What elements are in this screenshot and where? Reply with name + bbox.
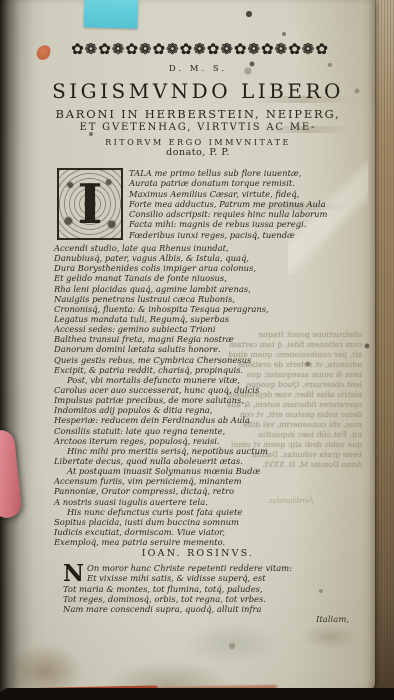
text-line: Carolus acer auo successerat, hunc quoq́… bbox=[54, 385, 369, 395]
dedication-abbreviation: D. M. S. bbox=[40, 64, 356, 74]
ornament-band: ✿❁✿❁✿❁✿❁✿❁✿❁✿❁✿❁✿❁✿ bbox=[46, 40, 354, 60]
text-line: Crononisq́, fluenta: & inhospita Tesqua … bbox=[54, 304, 369, 314]
title-line-1: SIGISMVNDO LIBERO bbox=[40, 79, 356, 103]
text-line: Arctoos iterum reges, populosq́, reuisi. bbox=[54, 436, 369, 446]
text-line: Dura Borysthenides colis impiger arua co… bbox=[54, 263, 369, 273]
text-line: TALA me primo tellus sub flore iuuentæ, bbox=[129, 168, 365, 178]
text-line: Tot reges, dominosq́, orbis, tot regna, … bbox=[63, 594, 323, 604]
title-line-2: BARONI IN HERBERSTEIN, NEIPERG, bbox=[40, 107, 356, 121]
book-photo: obstructione possit Itaquecum rationem f… bbox=[0, 0, 394, 700]
text-line: Accessi sedes: gemino subiecta Trioni bbox=[54, 324, 369, 334]
text-line: Accendi studio, late qua Rhenus inundat, bbox=[54, 243, 369, 253]
poem-body: Accendi studio, late qua Rhenus inundat,… bbox=[54, 243, 369, 547]
text-line: A nostris suasi iugulis auertere tela. bbox=[54, 497, 369, 507]
text-line: Hesperiæ: reducem dein Ferdinandus ab Au… bbox=[54, 415, 369, 425]
text-line: Iudicis excutiat, dormiscam. Viue viator… bbox=[54, 527, 369, 537]
text-line: Et vixisse mihi satis, & vidisse superq́… bbox=[63, 573, 323, 583]
text-line: Queis gestis rebus, me Cymbrica Chersone… bbox=[54, 355, 369, 365]
title-line-5: donato, P. P. bbox=[40, 147, 356, 158]
text-line: At postquam inuasit Solymanus mœnia Budæ bbox=[54, 466, 369, 476]
text-line: Et gelido manat Tanais de fonte niuosus, bbox=[54, 273, 369, 283]
text-line: Impulsus patriæ precibus, de more saluta… bbox=[54, 395, 369, 405]
text-line: Accensum furiis, vim perniciemq́, minant… bbox=[54, 476, 369, 486]
text-line: Forte mea adductus, Patrum me protinus A… bbox=[129, 199, 365, 209]
text-line: Hinc mihi pro meritis serisq́, nepotibus… bbox=[54, 446, 369, 456]
text-line: Nauigiis penetrans lustraui cæca Rubonis… bbox=[54, 294, 369, 304]
text-line: His nunc defunctus curis post fata quiet… bbox=[54, 507, 369, 517]
table-shadow bbox=[0, 688, 394, 700]
text-line: Pannoniæ, Orator compressi, dictaq́, ret… bbox=[54, 486, 369, 496]
second-poem-lines: On moror hanc Christe repetenti reddere … bbox=[63, 563, 323, 614]
catchword: Italiam, bbox=[316, 615, 349, 625]
sticky-note bbox=[84, 0, 139, 29]
text-line: Rha leni placidas quaq́, agmine lambit a… bbox=[54, 284, 369, 294]
author-attribution: IOAN. ROSINVS. bbox=[40, 548, 356, 559]
text-line: Excipit, & patria reddit, charisq́, prop… bbox=[54, 365, 369, 375]
text-line: Legatus mandata tuli, Regumq́, superbas bbox=[54, 314, 369, 324]
text-line: Fœderibus iunxi reges, pacisq́, tuendæ bbox=[129, 230, 365, 240]
dropcap-initial: N bbox=[63, 564, 84, 583]
text-line: Indomitos adij populos & ditia regna, bbox=[54, 405, 369, 415]
second-poem: N On moror hanc Christe repetenti redder… bbox=[63, 563, 323, 614]
text-line: On moror hanc Christe repetenti reddere … bbox=[63, 563, 323, 573]
text-line: Libertate decus, quod nulla aboleuerit æ… bbox=[54, 456, 369, 466]
title-line-4: RITORVM ERGO IMMVNITATE bbox=[40, 137, 356, 147]
book-page: obstructione possit Itaquecum rationem f… bbox=[0, 0, 375, 692]
initial-letter: I bbox=[59, 170, 121, 238]
title-line-3: ET GVETENHAG, VIRTVTIS AC ME- bbox=[40, 122, 356, 133]
text-line: Danorum domini lætata salutis honore. bbox=[54, 344, 369, 354]
text-line: Facta mihi: magnis de rebus iussa peregi… bbox=[129, 219, 365, 229]
text-line: Tot maria & montes, tot flumina, totq́, … bbox=[63, 584, 323, 594]
woodcut-initial-I: I bbox=[57, 168, 123, 240]
paper-specks bbox=[0, 0, 2, 2]
text-line: Maximus Aemilius Cæsar, virtute, fideq́, bbox=[129, 189, 365, 199]
text-line: Balthea transui freta, magni Regia nostr… bbox=[54, 334, 369, 344]
poem-opening-lines: TALA me primo tellus sub flore iuuentæ,A… bbox=[129, 168, 365, 240]
text-line: Post, vbi mortalis defuncto munere vitæ, bbox=[54, 375, 369, 385]
text-line: Consilio adscripsit: requies hinc nulla … bbox=[129, 209, 365, 219]
text-line: Sopitus placida, iusti dum buccina somnu… bbox=[54, 517, 369, 527]
text-line: Nam mare conscendi supra, quodq́, alluit… bbox=[63, 604, 323, 614]
text-line: Aurata patriæ donatum torque remisit. bbox=[129, 178, 365, 188]
text-line: Danubiusq́, pater, vagus Albis, & Istula… bbox=[54, 253, 369, 263]
text-line: Consiliis statuit: late quo regna tenent… bbox=[54, 426, 369, 436]
text-line: Exemploq́, mea patria seruire memento. bbox=[54, 537, 369, 547]
